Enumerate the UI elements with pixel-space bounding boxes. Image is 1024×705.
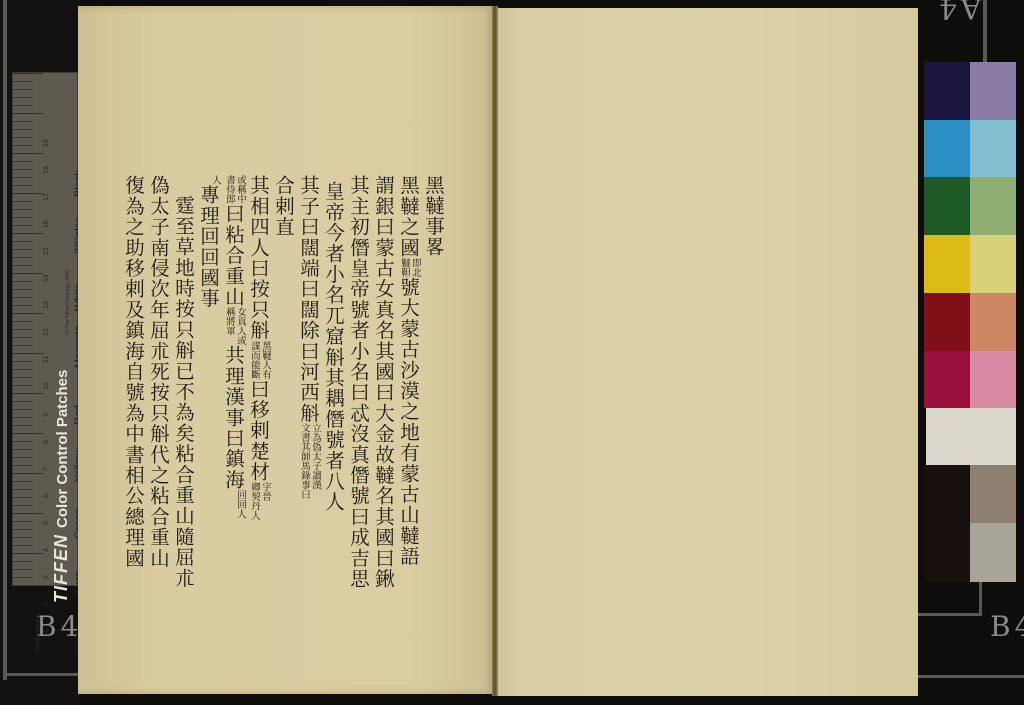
patch-pink xyxy=(970,351,1016,408)
ruler-copyright: © The Tiffen Company, 2007 xyxy=(65,270,71,333)
board-line-right-mid-h xyxy=(918,613,982,616)
text-column-11: 偽太子南侵次年屈朮死按只斛代之粘合重山 xyxy=(146,175,171,615)
patch-magenta xyxy=(924,351,970,408)
patch-orange xyxy=(970,293,1016,351)
color-control-ruler: 12345678910111213141516171819 Centimetre… xyxy=(12,72,78,586)
text-column-3: 其主初僭皇帝號者小名曰忒沒真僭號曰成吉思 xyxy=(346,175,371,615)
board-line-bottom-right xyxy=(918,675,1024,678)
text-column-7: 其相四人曰按只斛黑韃人有謀而能斷曰移剌楚材字晉卿契丹人 xyxy=(246,175,271,615)
patch-light-yellow xyxy=(970,235,1016,293)
book-gutter xyxy=(492,6,498,696)
text-column-6: 合剌直 xyxy=(271,175,296,615)
vertical-text-block: 黑韃事畧 黑韃之國即北韃靼號大蒙古沙漠之地有蒙古山韃語 謂銀曰蒙古女真名其國曰大… xyxy=(86,175,446,615)
text-column-2: 謂銀曰蒙古女真名其國曰大金故韃名其國曰鍬 xyxy=(371,175,396,615)
patch-red xyxy=(924,293,970,351)
tiffen-logo: TIFFEN xyxy=(51,534,71,603)
ruler-title: TIFFENColor Control Patches xyxy=(51,370,72,603)
text-column-8: 或稱中書侍郎曰粘合重山女真人或稱將軍共理漢事曰鎮海回回人 xyxy=(221,175,246,615)
patch-black xyxy=(924,465,970,582)
patch-grey xyxy=(970,523,1016,582)
patch-lavender xyxy=(970,62,1016,120)
book-page-right xyxy=(495,8,918,696)
patch-dark-blue xyxy=(924,62,970,120)
color-patch-chart xyxy=(924,62,1016,582)
board-line-right-mid xyxy=(979,580,982,615)
zone-label-bottom-right: B4 xyxy=(990,610,1024,643)
board-line-bottom-left xyxy=(3,673,78,676)
text-column-9: 人專理回回國事 xyxy=(196,175,221,615)
patch-light-green xyxy=(970,177,1016,235)
patch-light-cyan xyxy=(970,120,1016,177)
patch-cyan xyxy=(924,120,970,177)
text-column-5: 其子曰闊端曰闊除曰河西斛立為偽太子讀漢文書其師馬錄事曰 xyxy=(296,175,321,615)
patch-taupe xyxy=(970,465,1016,523)
board-line-left xyxy=(3,0,7,680)
ruler-numbers: 12345678910111213141516171819 xyxy=(43,120,50,633)
text-column-10: 霆至草地時按只斛已不為矣粘合重山隨屈朮 xyxy=(171,175,196,615)
text-column-12: 復為之助移剌及鎮海自號為中書相公總理國 xyxy=(121,175,146,615)
patch-white xyxy=(926,408,1016,465)
patch-yellow xyxy=(924,235,970,293)
ruler-major-ticks xyxy=(13,73,43,585)
board-line-top-right xyxy=(983,0,987,62)
text-column-1: 黑韃之國即北韃靼號大蒙古沙漠之地有蒙古山韃語 xyxy=(396,175,421,615)
patch-green xyxy=(924,177,970,235)
ruler-unit-label: Centimetres xyxy=(35,615,42,653)
book-title: 黑韃事畧 xyxy=(421,175,446,615)
scan-background: A4 B4 B4 12345678910111213141516171819 C… xyxy=(0,0,1024,705)
text-column-4: 皇帝今者小名兀窟斛其耦僭號者八人 xyxy=(321,175,346,615)
ruler-title-text: Color Control Patches xyxy=(54,370,71,528)
zone-label-top-right: A4 xyxy=(935,0,981,25)
